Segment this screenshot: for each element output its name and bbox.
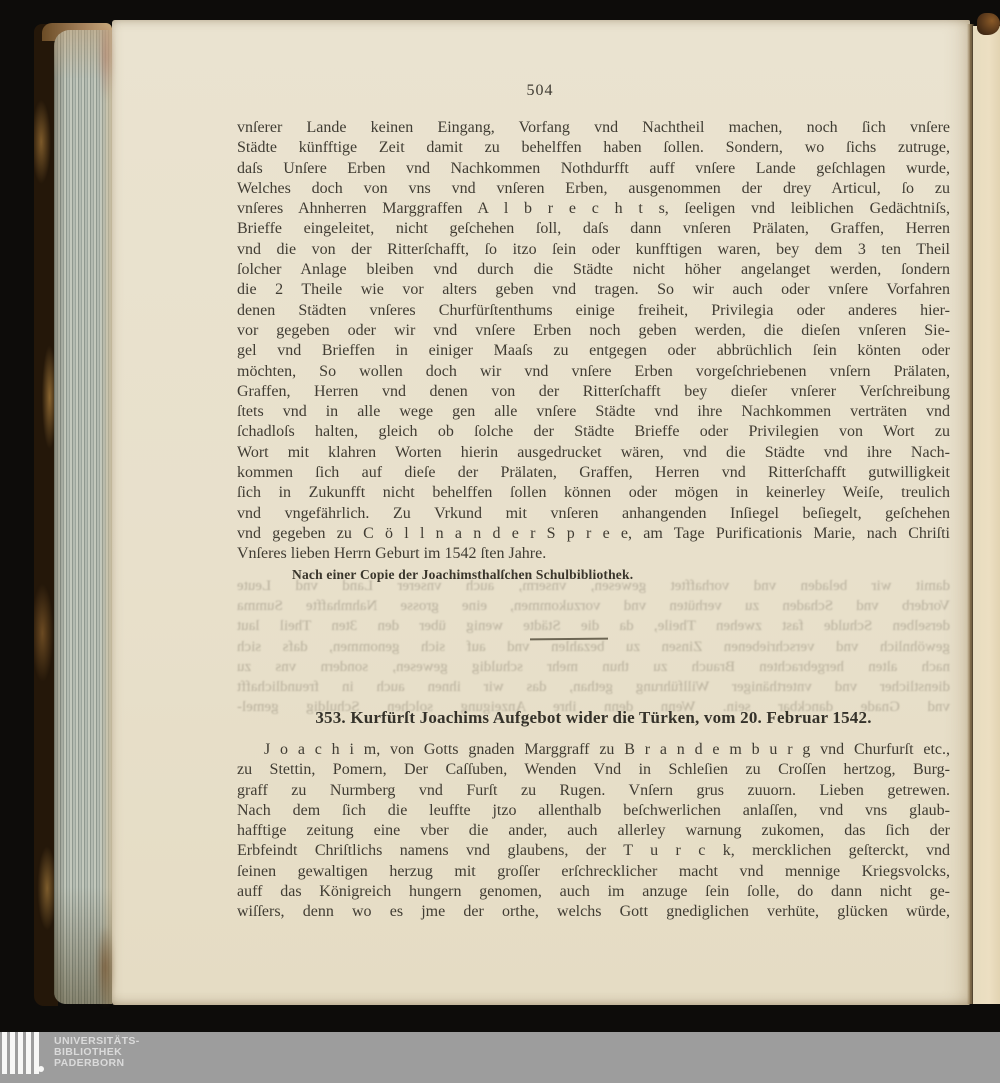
page-stain-bottom bbox=[96, 928, 114, 1006]
source-caption: Nach einer Copie der Joachimsthalſchen S… bbox=[292, 567, 633, 583]
text-line: Nach dem ſich die leuffte jtzo allenthal… bbox=[237, 801, 950, 821]
text-line: auff das Königreich hungern genomen, auc… bbox=[237, 882, 950, 902]
library-name-line: PADERBORN bbox=[54, 1058, 140, 1069]
logo-bar bbox=[2, 1032, 7, 1074]
ghost-line: derselben Schulde fast zwehen Theile, da… bbox=[237, 616, 950, 636]
text-line: Brieffe eingeleitet, nicht geſchehen ſol… bbox=[237, 219, 950, 239]
text-line: gel vnd Brieffen in einiger Maaſs zu ent… bbox=[237, 341, 950, 361]
text-line: Erbfeindt Chriſtlichs namens vnd glauben… bbox=[237, 841, 950, 861]
document-353-heading: 353. Kurfürſt Joachims Aufgebot wider di… bbox=[237, 708, 950, 728]
logo-bar bbox=[18, 1032, 23, 1074]
book-scan: damit wir beladen vnd vorhafftet gewesen… bbox=[0, 0, 1000, 1083]
text-line: die 2 Theile wie vor alters geben vnd tr… bbox=[237, 280, 950, 300]
text-line: ſich in Zukunfft nicht behelffen ſollen … bbox=[237, 483, 950, 503]
logo-bar bbox=[10, 1032, 15, 1074]
text-line: daſs Unſere Erben vnd Nachkommen Nothdur… bbox=[237, 159, 950, 179]
text-line: wiſſers, denn wo es jme der orthe, welch… bbox=[237, 902, 950, 922]
document-353-body: J o a c h i m, von Gotts gnaden Marggraf… bbox=[237, 740, 950, 923]
verso-showthrough: damit wir beladen vnd vorhafftet gewesen… bbox=[237, 576, 950, 717]
logo-dot-icon bbox=[38, 1066, 44, 1072]
text-line: Graffen, Herren vnd denen von der Ritter… bbox=[237, 382, 950, 402]
ub-paderborn-logo-icon bbox=[2, 1032, 39, 1074]
text-line: vor gegeben oder wir vnd vnſere Erben no… bbox=[237, 321, 950, 341]
text-line: J o a c h i m, von Gotts gnaden Marggraf… bbox=[237, 740, 950, 760]
text-line: Welches doch von vns vnd vnſeren Erben, … bbox=[237, 179, 950, 199]
text-line: ſolcher Anlage bleiben vnd durch die Stä… bbox=[237, 260, 950, 280]
text-line: möchten, So wollen doch wir vnd vnſere E… bbox=[237, 362, 950, 382]
text-line: ſtets vnd in alle wege gen alle vnſere S… bbox=[237, 402, 950, 422]
text-line: vnſeres Ahnherren Marggraffen A l b r e … bbox=[237, 199, 950, 219]
text-line: Städte künfftige Zeit damit zu behelffen… bbox=[237, 138, 950, 158]
text-line: vnd gegeben zu C ö l l n a n d e r S p r… bbox=[237, 524, 950, 544]
text-line: ſeinen gewaltigen herzug mit groſſer erſ… bbox=[237, 862, 950, 882]
text-line: kommen ſich auf dieſe der Prälaten, Graf… bbox=[237, 463, 950, 483]
text-line: zu Stettin, Pomern, Der Caſſuben, Wenden… bbox=[237, 760, 950, 780]
library-footer-band: UNIVERSITÄTS- BIBLIOTHEK PADERBORN bbox=[0, 1032, 1000, 1083]
ghost-line: Vorderb vnd Schaden zu verhüten vnd vorz… bbox=[237, 596, 950, 616]
ghost-line: nach alten hergebrachten Brauch zu thun … bbox=[237, 657, 950, 677]
text-line: ſchadloſs halten, gleich ob ſolche der S… bbox=[237, 422, 950, 442]
library-name: UNIVERSITÄTS- BIBLIOTHEK PADERBORN bbox=[54, 1036, 140, 1069]
text-line: Vnſeres lieben Herrn Geburt im 1542 ſten… bbox=[237, 544, 950, 564]
text-line: vnſerer Lande keinen Eingang, Vorfang vn… bbox=[237, 118, 950, 138]
page-stain-top bbox=[98, 28, 114, 100]
text-line: vnd die von der Ritterſchafft, ſo itzo ſ… bbox=[237, 240, 950, 260]
text-line: graff zu Nurmberg vnd Furſt zu Rugen. Vn… bbox=[237, 781, 950, 801]
text-line: Wort mit klahren Worten hierin ausgedruc… bbox=[237, 443, 950, 463]
logo-bar bbox=[26, 1032, 31, 1074]
document-352-body: vnſerer Lande keinen Eingang, Vorfang vn… bbox=[237, 118, 950, 565]
page-number: 504 bbox=[500, 82, 580, 100]
adjacent-page-edge bbox=[973, 26, 1000, 1004]
ghost-line: dienstlicher vnd vnterthäniger Willführu… bbox=[237, 677, 950, 697]
page-edges-stack bbox=[54, 30, 112, 1004]
text-line: denen Städten vnſeres Churfürſtenthums e… bbox=[237, 301, 950, 321]
text-line: vnd vngefährlich. Zu Vrkund mit vnſeren … bbox=[237, 504, 950, 524]
text-line: hafftige zeitung eine vber die ander, au… bbox=[237, 821, 950, 841]
